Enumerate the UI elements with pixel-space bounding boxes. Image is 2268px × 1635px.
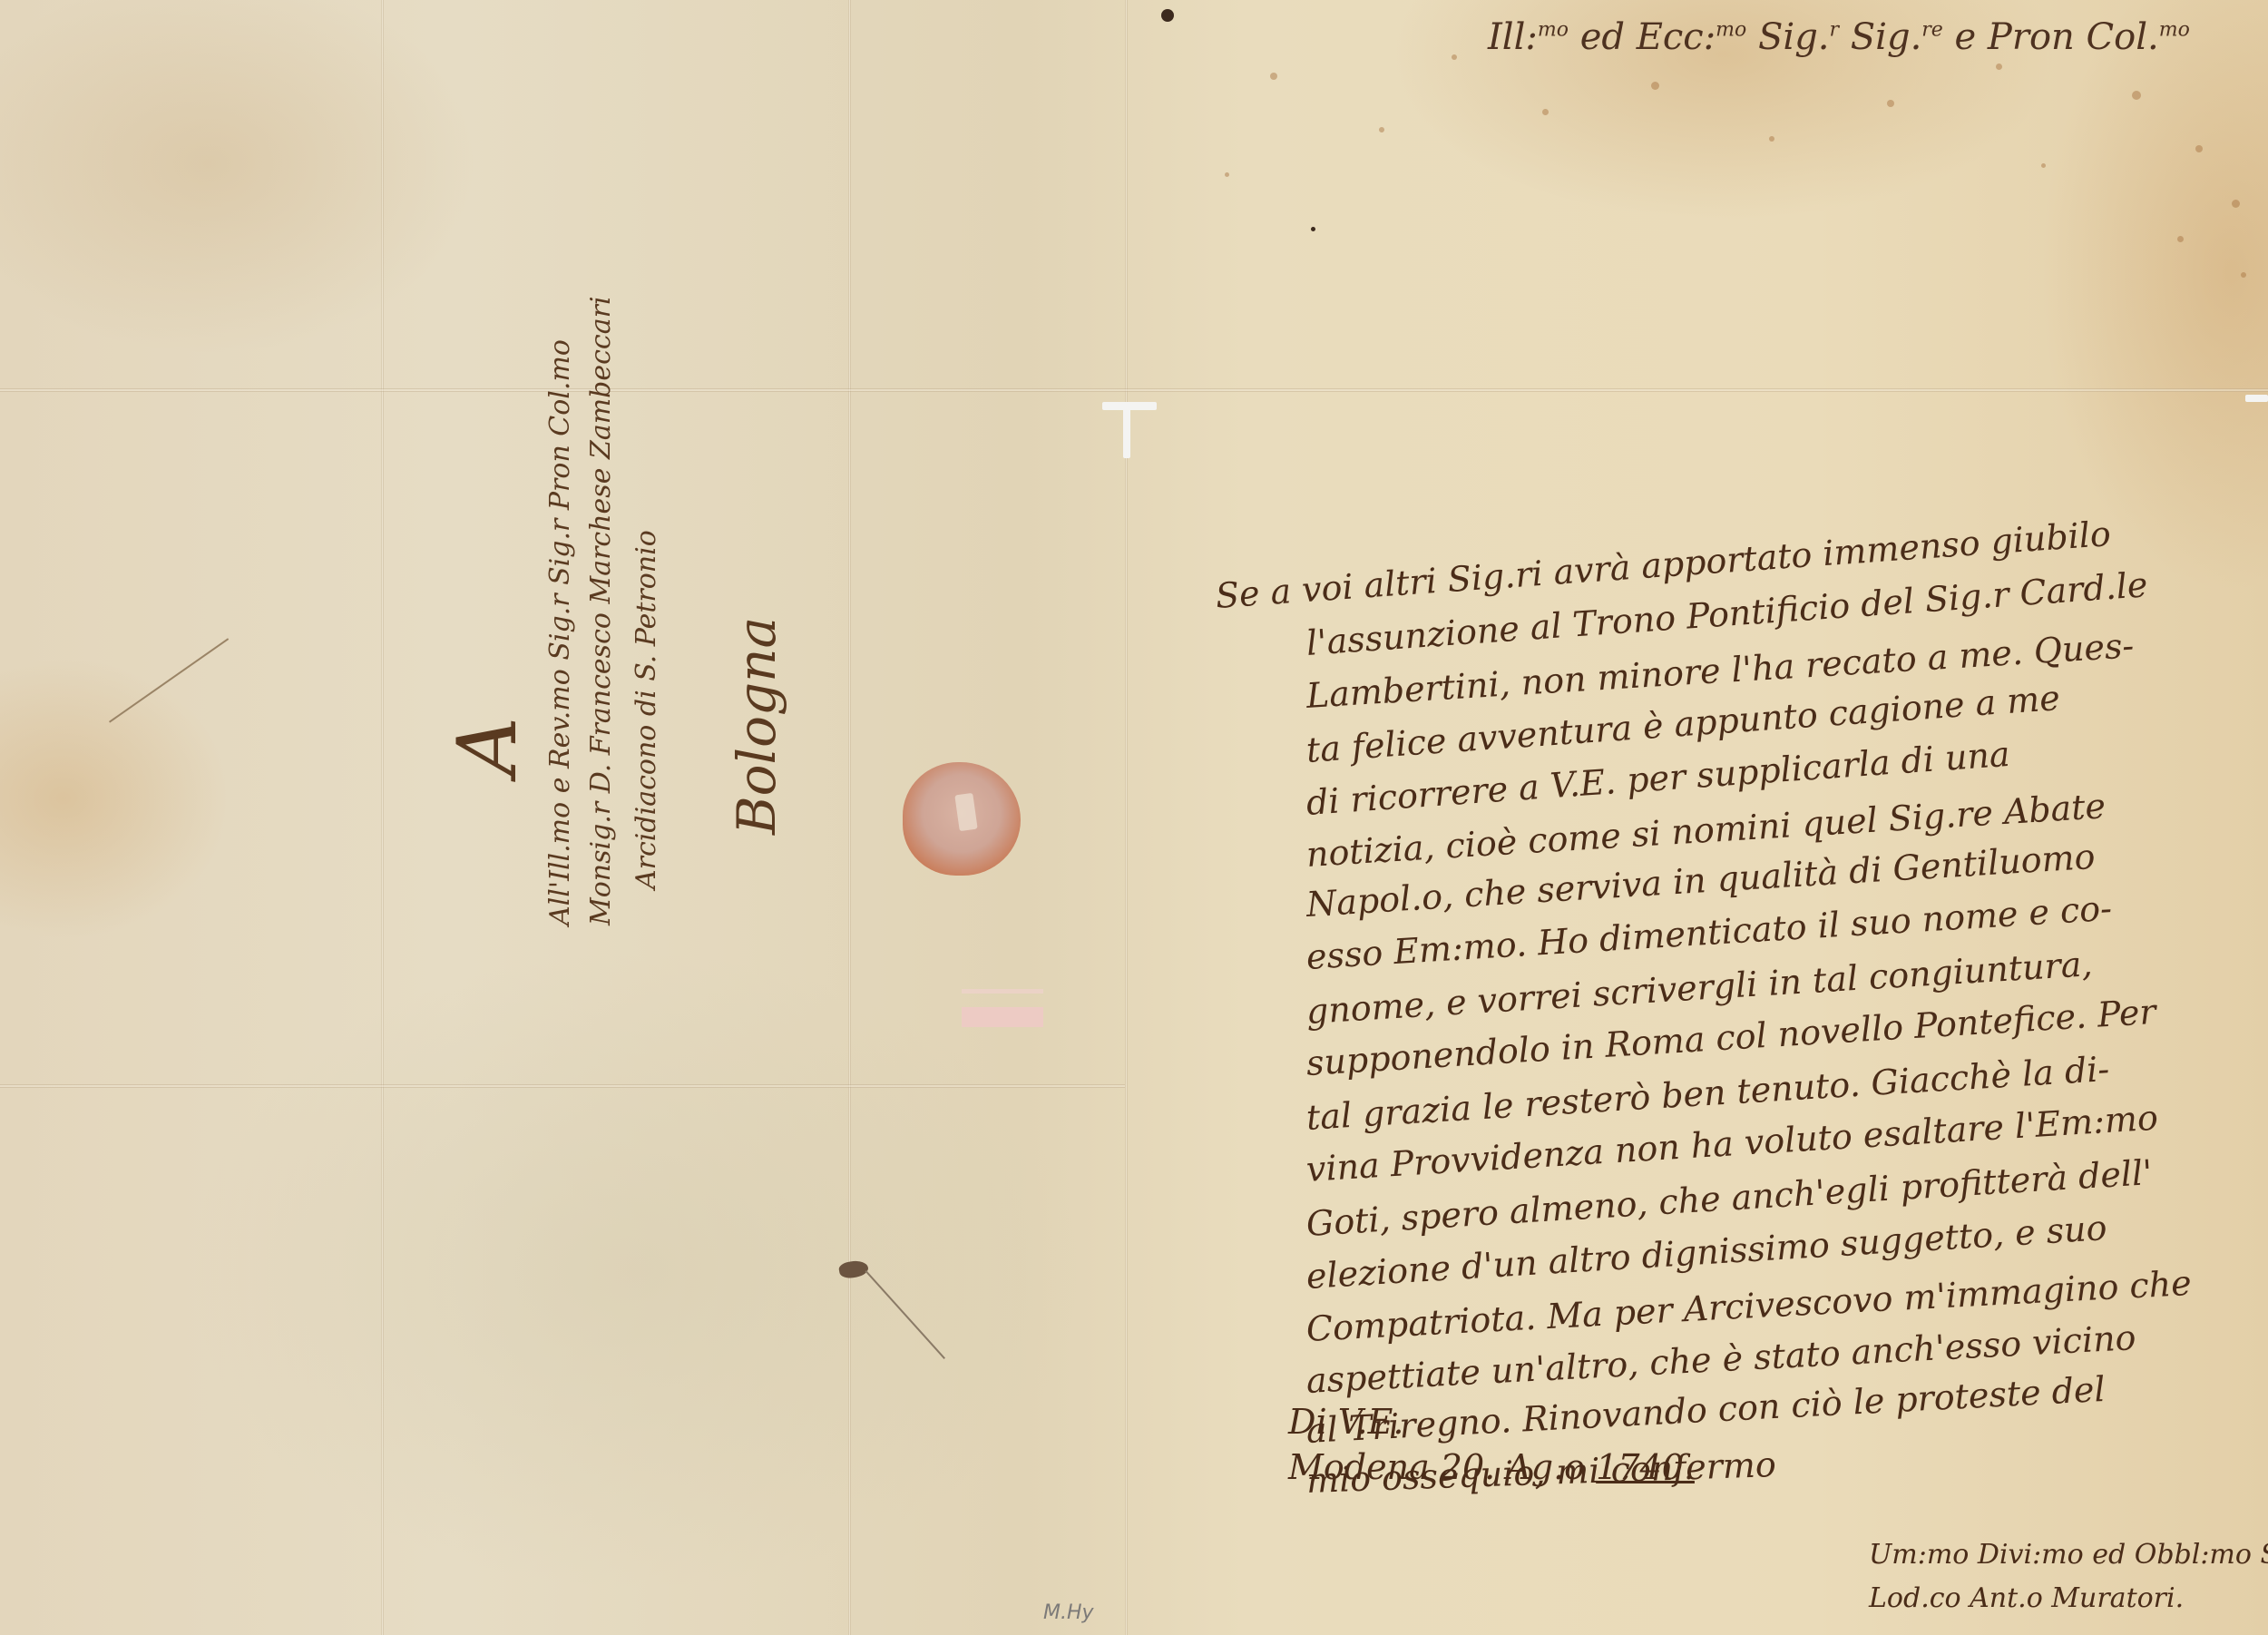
closing: Di V.E. (1288, 1402, 1403, 1442)
wax-seal (903, 762, 1021, 876)
ink-blot (838, 1258, 870, 1279)
address-line-2: Monsig.r D. Francesco Marchese Zambeccar… (585, 296, 617, 925)
paper-tear (1123, 404, 1130, 458)
fold-line-horizontal (0, 388, 2268, 392)
stamp-mark (962, 989, 1043, 994)
address-city: Bologna (726, 617, 787, 835)
place-date: Modena 20. Ag.o 1740. (1288, 1447, 1695, 1487)
salutation: Ill:mo ed Ecc:mo Sig.r Sig.re e Pron Col… (1488, 16, 2190, 58)
stamp-mark (962, 1007, 1043, 1027)
seal-impression (954, 793, 977, 831)
pencil-annotation: M.Hy (1043, 1601, 1094, 1624)
fold-line-vertical (381, 0, 384, 1635)
fold-line-horizontal (0, 1084, 1125, 1088)
signature-name: Lod.co Ant.o Muratori. (1869, 1577, 2268, 1620)
signature-block: Um:mo Divi:mo ed Obbl:mo Serv.re Lod.co … (1869, 1533, 2268, 1620)
paper-tear (2245, 395, 2268, 402)
fold-line-vertical (1125, 0, 1128, 1635)
address-line-3: Arcidiacono di S. Petronio (631, 530, 662, 889)
letter-sheet: Ill:mo ed Ecc:mo Sig.r Sig.re e Pron Col… (0, 0, 2268, 1635)
paper-scratch (865, 1270, 945, 1359)
address-initial: A (440, 717, 535, 776)
address-line-1: All'Ill.mo e Rev.mo Sig.r Sig.r Pron Col… (544, 339, 576, 925)
paper-crack (109, 638, 229, 722)
date-year: 1740. (1596, 1447, 1695, 1487)
signature-line-1: Um:mo Divi:mo ed Obbl:mo Serv.re (1869, 1533, 2268, 1577)
